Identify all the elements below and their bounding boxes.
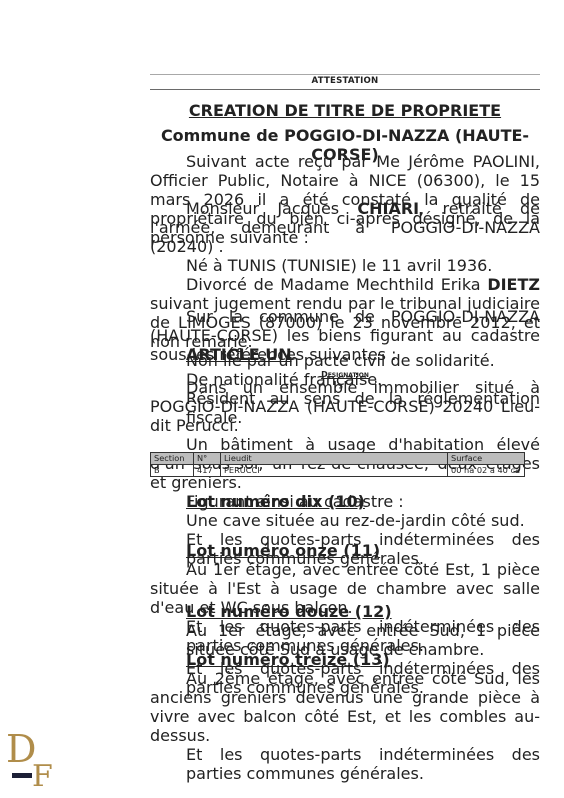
person-name: CHIARI <box>357 199 419 218</box>
lot-quote: Et les quotes-parts indéterminées des pa… <box>150 745 540 783</box>
ex-spouse-name: DIETZ <box>487 275 540 294</box>
lot-title: Lot numéro douze (12) <box>150 602 540 621</box>
lot-description: Au 2ème étage, avec entrée côté Sud, les… <box>150 669 540 745</box>
designation-desc-1: Dans un ensemble immobilier situé à POGG… <box>150 378 540 435</box>
person-line: Monsieur Jacques CHIARI, retraité de l'a… <box>150 199 540 256</box>
birth-line: Né à TUNIS (TUNISIE) le 11 avril 1936. <box>150 256 540 275</box>
column-header: Lieudit <box>221 453 448 465</box>
document-title: ATTESTATION <box>150 76 540 86</box>
divorce-prefix: Divorcé de Madame Mechthild Erika <box>186 275 487 294</box>
header-rule-bottom <box>150 89 540 90</box>
column-header: Surface <box>448 453 525 465</box>
lot-13: Lot numéro treize (13) Au 2ème étage, av… <box>150 650 540 783</box>
cell-number: 417 <box>194 465 221 477</box>
svg-text:F: F <box>32 759 53 790</box>
table-header-row: Section N° Lieudit Surface <box>151 453 525 465</box>
df-monogram-icon: D F <box>6 730 56 790</box>
subtitle: CREATION DE TITRE DE PROPRIETE <box>150 101 540 120</box>
cell-section: B <box>151 465 194 477</box>
cadastre-table: Section N° Lieudit Surface B 417 PERUCCI… <box>150 452 525 477</box>
df-logo: D F <box>6 730 56 790</box>
lot-title: Lot numéro treize (13) <box>150 650 540 669</box>
lot-title: Lot numéro onze (11) <box>150 541 540 560</box>
lot-title: Lot numéro dix (10) <box>150 492 540 511</box>
table-row: B 417 PERUCCI 00 ha 02 a 40 ca <box>151 465 525 477</box>
lot-description: Une cave située au rez-de-jardin côté su… <box>150 511 540 530</box>
cell-surface: 00 ha 02 a 40 ca <box>448 465 525 477</box>
column-header: Section <box>151 453 194 465</box>
subtitle-text: CREATION DE TITRE DE PROPRIETE <box>189 101 501 120</box>
cell-lieudit: PERUCCI <box>221 465 448 477</box>
column-header: N° <box>194 453 221 465</box>
person-prefix: Monsieur Jacques <box>186 199 357 218</box>
header-rule-top <box>150 74 540 75</box>
